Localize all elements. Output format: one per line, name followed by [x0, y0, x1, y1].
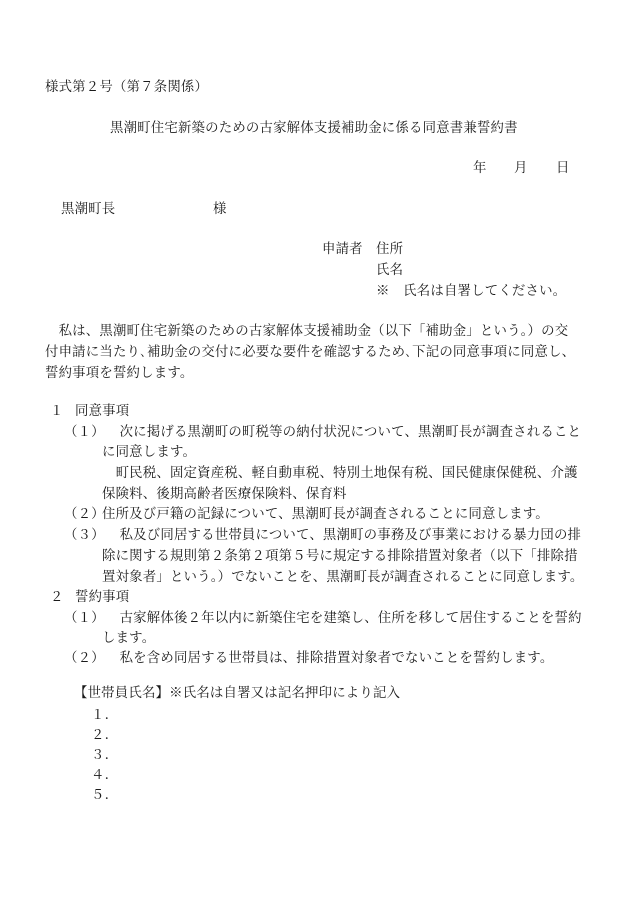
date-day-label: 日	[556, 159, 570, 179]
intro-line: 誓約事項を誓約します。	[45, 364, 193, 384]
intro-line: 付申請に当たり､補助金の交付に必要な要件を確認するため､下記の同意事項に同意し、	[45, 343, 575, 363]
applicant-label: 申請者	[322, 240, 363, 260]
form-number: 様式第２号（第７条関係）	[45, 78, 208, 98]
applicant-address-label: 住所	[376, 240, 403, 260]
item-text: します。	[102, 629, 155, 649]
household-entry: １.	[91, 706, 109, 726]
item-number: （２）	[64, 649, 105, 669]
item-text: 次に掲げる黒潮町の町税等の納付状況について、黒潮町長が調査されること	[106, 423, 581, 443]
household-entry: ５.	[91, 786, 109, 806]
item-text: に同意します。	[102, 443, 196, 463]
applicant-signature-note: ※ 氏名は自署してください。	[376, 282, 566, 302]
item-text: 古家解体後２年以内に新築住宅を建築し、住所を移して居住することを誓約	[106, 609, 582, 629]
item-number: （２）	[64, 505, 105, 525]
item-number: （３）	[64, 526, 105, 546]
item-text: 除に関する規則第２条第２項第５号に規定する排除措置対象者（以下「排除措	[102, 547, 578, 567]
household-header: 【世帯員氏名】※氏名は自署又は記名押印により記入	[74, 684, 400, 704]
intro-line: 私は、黒潮町住宅新築のための古家解体支援補助金（以下「補助金」という。）の交	[45, 322, 568, 342]
section-heading-consent: 同意事項	[75, 402, 129, 422]
item-text: 置対象者」という。）でないことを、黒潮町長が調査されることに同意します。	[102, 568, 584, 588]
addressee-honorific: 様	[213, 200, 227, 220]
item-text: 私を含め同居する世帯員は、排除措置対象者でないことを誓約します。	[106, 649, 553, 669]
section-heading-pledge: 誓約事項	[75, 588, 129, 608]
document-page: 様式第２号（第７条関係） 黒潮町住宅新築のための古家解体支援補助金に係る同意書兼…	[0, 0, 630, 903]
section-number: ２	[50, 588, 64, 608]
tax-list-line: 町民税、固定資産税、軽自動車税、特別土地保有税、国民健康保健税、介護	[102, 464, 578, 484]
addressee-name: 黒潮町長	[61, 200, 115, 220]
item-number: （１）	[64, 423, 105, 443]
household-entry: ２.	[91, 726, 109, 746]
date-month-label: 月	[514, 159, 528, 179]
date-year-label: 年	[473, 159, 487, 179]
item-text: 私及び同居する世帯員について、黒潮町の事務及び事業における暴力団の排	[106, 526, 581, 546]
household-entry: ３.	[91, 746, 109, 766]
item-number: （１）	[64, 609, 105, 629]
document-title: 黒潮町住宅新築のための古家解体支援補助金に係る同意書兼誓約書	[110, 119, 518, 139]
applicant-name-label: 氏名	[376, 261, 403, 281]
item-text: 住所及び戸籍の記録について、黒潮町長が調査されることに同意します。	[102, 505, 549, 525]
section-number: １	[50, 402, 64, 422]
household-entry: ４.	[91, 766, 109, 786]
tax-list-line: 保険料、後期高齢者医療保険料、保育料	[102, 485, 347, 505]
